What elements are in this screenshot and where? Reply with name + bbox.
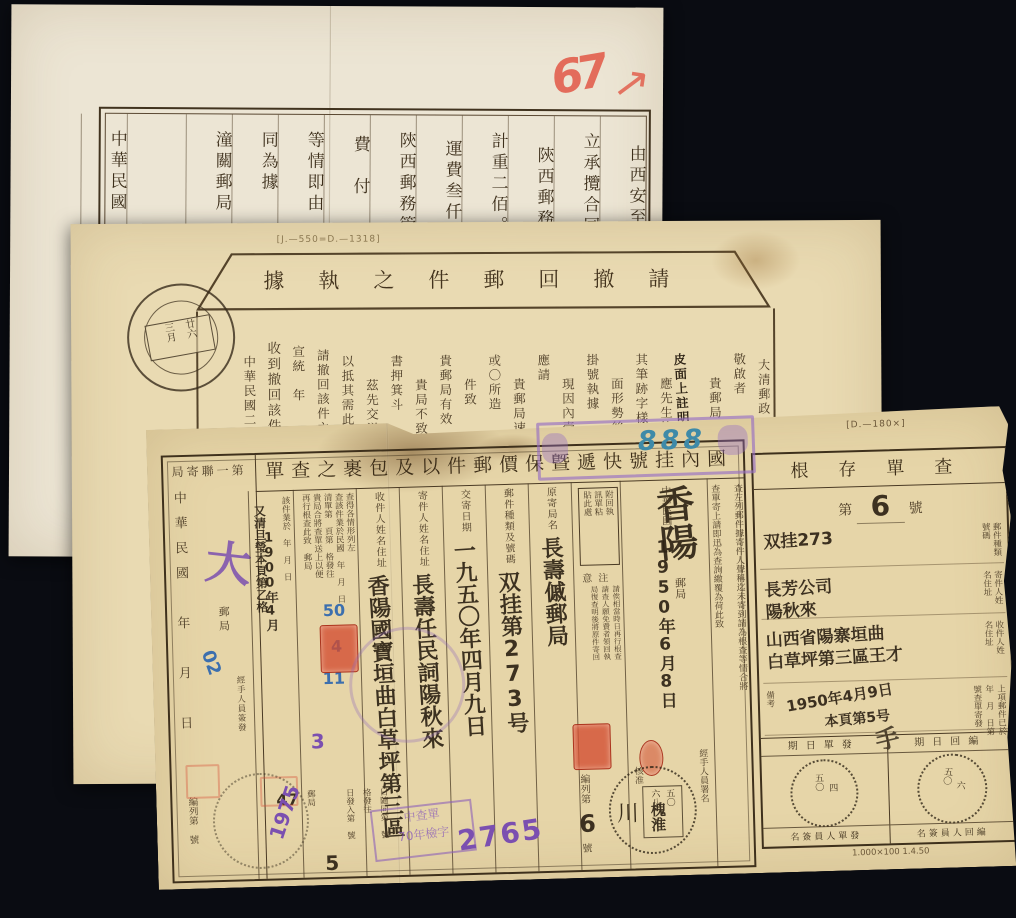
field-label: 交寄日期 bbox=[456, 489, 472, 533]
destination-date-column: 香陽 郵局 中華民國 1950年6月8日 經手人員署名 核准 槐淮 bbox=[620, 478, 718, 868]
notice-line: 訊單粘 bbox=[593, 490, 604, 562]
stub-row-label: 郵件種類 號碼 bbox=[981, 522, 1002, 557]
handwritten-number: 5 bbox=[325, 851, 340, 875]
field-label: 郵件種類及號碼 bbox=[499, 488, 516, 565]
label-line: 寄件人姓 bbox=[993, 570, 1003, 604]
stub-row-label: 收件人姓 名住址 bbox=[984, 620, 1005, 655]
postmark-date: 四 bbox=[826, 783, 839, 792]
red-crayon-mark: 67 bbox=[551, 43, 604, 106]
stub-row: 寄件人姓 名住址 長芳公司 陽秋來 bbox=[760, 566, 1005, 620]
no-handwritten: 6 bbox=[856, 489, 904, 524]
label-line: 名住址 bbox=[982, 570, 992, 604]
office-label: 郵局 bbox=[215, 606, 232, 634]
field-handwriting: 一九五〇年四月九日 bbox=[451, 539, 485, 738]
handwritten-date: 1950年6月8日 bbox=[650, 537, 680, 709]
notes-header: 注意 bbox=[574, 569, 622, 585]
handwriting-line: 双挂273 bbox=[763, 520, 954, 554]
purple-ink-blot bbox=[541, 433, 568, 464]
stub-row-handwriting: 山西省陽寨垣曲 白草坪第三區王才 bbox=[765, 618, 957, 674]
header-trapezoid: 請撤回郵件之執據 bbox=[196, 250, 771, 311]
handler-label: 經手人員簽發 bbox=[235, 675, 249, 732]
return-date-cell: 編回日期 五〇 六 編回人員簽名 bbox=[887, 732, 1015, 843]
field-handwriting: 長壽傶郵局 bbox=[538, 536, 567, 647]
printed-line: 上項郵件已於 bbox=[997, 684, 1007, 735]
form-number: [D.—180×] bbox=[846, 419, 906, 431]
handwritten-note: 又清旦瑩本頁第乙格 bbox=[251, 505, 271, 613]
field-handwriting: 長壽任民詞陽秋來 bbox=[409, 573, 442, 750]
cell-title: 編回日期 bbox=[887, 732, 1013, 753]
printed-line: 號查單寄發 bbox=[973, 685, 983, 736]
stub-header: 查單存根 bbox=[753, 448, 1006, 490]
handwritten-blue-02: 02 bbox=[197, 647, 225, 678]
postmark-date: 六 bbox=[953, 780, 967, 790]
postmark-date: 五〇 bbox=[939, 766, 954, 785]
field-label: 收件人姓名住址 bbox=[370, 491, 387, 568]
printed-line: 年 月 日第 bbox=[985, 684, 995, 735]
postmark-date: 五〇 bbox=[812, 773, 825, 791]
no-prefix: 第 bbox=[838, 503, 852, 518]
print-info: 1.000×100 1.4.50 bbox=[852, 846, 930, 858]
handwritten-purple-char: 大 bbox=[202, 525, 255, 596]
red-seal bbox=[320, 624, 359, 673]
stub-row-handwriting: 長芳公司 陽秋來 bbox=[764, 568, 956, 624]
note-label: 備考 bbox=[766, 691, 775, 708]
stub-row-handwriting: 双挂273 bbox=[763, 520, 954, 554]
stub-row-label: 寄件人姓 名住址 bbox=[982, 570, 1003, 605]
printed-line: 日發入第 號 bbox=[345, 788, 356, 874]
sign-label: 經手人員署名 bbox=[697, 748, 712, 802]
field-handwriting: 双挂第273号 bbox=[495, 570, 527, 734]
sheet-label: 第一聯寄局 bbox=[167, 461, 251, 480]
field-label: 原寄局名 bbox=[542, 487, 558, 531]
label-line: 郵件種類 bbox=[992, 522, 1002, 556]
label-line: 名住址 bbox=[984, 620, 994, 654]
postmark-date-line: 三月 bbox=[159, 322, 180, 358]
notice-line: 貼此處 bbox=[582, 491, 593, 563]
handwritten-page: 3 bbox=[310, 729, 325, 753]
stub-sent-row: 上項郵件已於 年 月 日第 號查單寄發 備考 1950年4月9日 本頁第5号 手 bbox=[763, 680, 1008, 736]
document-title: 請撤回郵件之執據 bbox=[236, 263, 731, 296]
era-label: 中華民國 bbox=[657, 485, 673, 525]
faint-red-stamp bbox=[185, 764, 220, 799]
stub-number-row: 第 6 號 bbox=[754, 484, 1007, 523]
handwritten-year: 50 bbox=[323, 601, 346, 621]
purple-ink-blot bbox=[717, 424, 748, 455]
stub-row: 郵件種類 號碼 双挂273 bbox=[759, 518, 1004, 570]
serial-pre: 編列第 bbox=[576, 774, 592, 804]
sent-labels: 上項郵件已於 年 月 日第 號查單寄發 bbox=[973, 684, 1007, 736]
serial-label: 編列第 號 bbox=[184, 797, 200, 875]
handwritten-signature: 槐淮 bbox=[648, 802, 670, 833]
stub-row: 收件人姓 名住址 山西省陽寨垣曲 白草坪第三區王才 bbox=[762, 616, 1008, 684]
stub-date-grid: 發單日期 五〇 四 發單人員簽名 編回日期 五〇 六 編回人員簽名 bbox=[761, 731, 1016, 847]
handwritten-888: 888 bbox=[637, 424, 706, 457]
no-suffix: 號 bbox=[908, 501, 922, 516]
label-line: 收件人姓 bbox=[995, 620, 1005, 654]
cell-title: 發單日期 bbox=[761, 735, 887, 756]
stub-panel: 查單存根 第 6 號 郵件種類 號碼 双挂273 bbox=[751, 446, 1016, 849]
notice-box: 附回執 訊單粘 貼此處 bbox=[578, 487, 620, 566]
label-line: 號碼 bbox=[981, 522, 991, 556]
photo-of-postal-documents: 67 ↗ 由西安至潼立承攬合同人陝西郵務管理計重二佰。運費叁仟六陝西郵務管費 付… bbox=[0, 0, 1016, 918]
cell-footer: 發單人員簽名 bbox=[763, 824, 889, 846]
serial-post: 號 bbox=[578, 843, 593, 853]
notice-line: 附回執 bbox=[604, 490, 615, 562]
serial-handwritten: 6 bbox=[579, 810, 596, 838]
issue-date-cell: 發單日期 五〇 四 發單人員簽名 bbox=[761, 735, 890, 846]
printed-line: 該件業於 年 月 日 bbox=[281, 496, 292, 581]
serial-group: 編列第 6 號 bbox=[576, 774, 597, 866]
purple-box-chop: 888 bbox=[536, 415, 756, 481]
preamble-text: 查左列郵件據寄件人聲稱迄未寄到請為根查等情合將 bbox=[732, 483, 752, 852]
form-number: [J.—550=D.—1318] bbox=[277, 235, 381, 246]
postmark: 五〇 四 bbox=[789, 758, 859, 828]
red-crayon-arrow-icon: ↗ bbox=[610, 55, 654, 111]
cell-footer: 編回人員簽名 bbox=[890, 821, 1016, 843]
red-signature-seal bbox=[572, 723, 611, 770]
postmark: 五〇 六 bbox=[913, 750, 990, 827]
field-label: 寄件人姓名住址 bbox=[413, 490, 430, 567]
printed-line: 郵局 bbox=[306, 789, 317, 875]
